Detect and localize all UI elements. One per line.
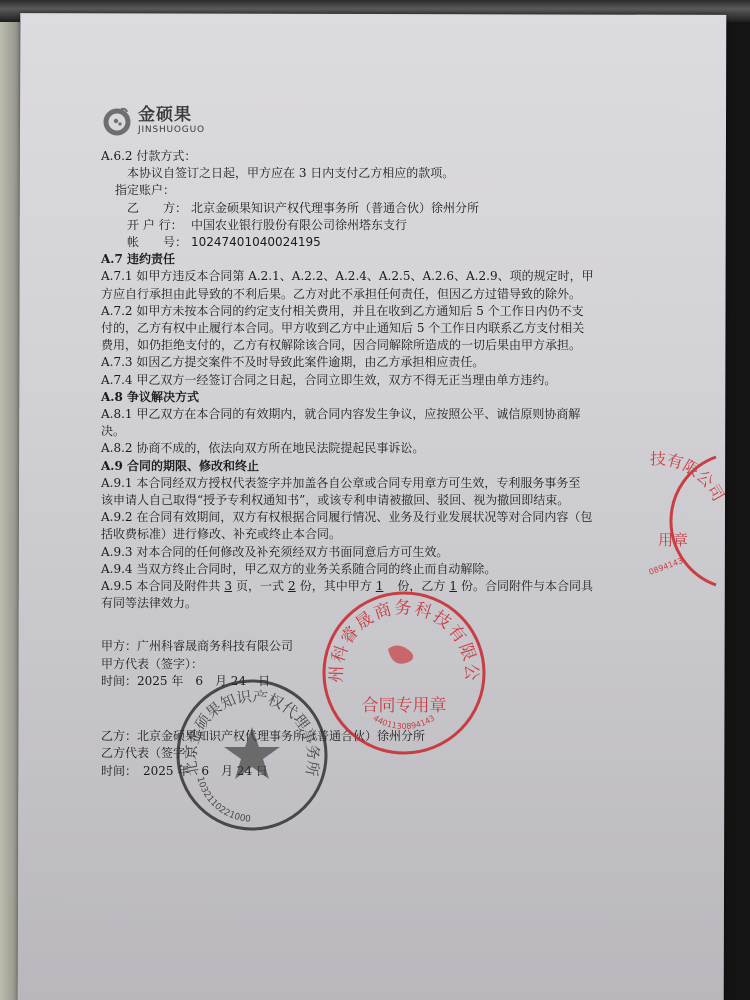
clause-line: A.7.4 甲乙双方一经签订合同之日起，合同立即生效，双方不得无正当理由单方违约…: [101, 372, 641, 389]
party-b-date: 时间： 2025 年 6 月 24 日: [101, 763, 641, 780]
a95-text: 页，一式: [236, 579, 284, 593]
account-payee: 乙 方：北京金硕果知识产权代理事务所（普通合伙）徐州分所: [101, 200, 641, 217]
party-a-copy-count: 1: [372, 579, 398, 593]
company-logo: 金硕果 JINSHUOGUO: [103, 103, 205, 139]
contract-body: A.6.2 付款方式： 本协议自签订之日起，甲方应在 3 日内支付乙方相应的款项…: [101, 148, 641, 780]
account-number: 帐 号：10247401040024195: [101, 234, 641, 251]
logo-name-cn: 金硕果: [138, 107, 205, 124]
account-payee-value: 北京金硕果知识产权代理事务所（普通合伙）徐州分所: [191, 201, 479, 215]
page-count: 3: [220, 579, 236, 593]
account-bank-value: 中国农业银行股份有限公司徐州塔东支行: [191, 218, 407, 232]
account-heading: 指定账户：: [101, 182, 641, 199]
clause-line: 该申请人自己取得“授予专利权通知书”，或该专利申请被撤回、驳回、视为撤回即结束。: [101, 492, 641, 509]
clause-line: A.9.3 对本合同的任何修改及补充须经双方书面同意后方可生效。: [101, 544, 641, 561]
fruit-logo-icon: [103, 106, 133, 136]
clause-line: A.7.3 如因乙方提交案件不及时导致此案件逾期，由乙方承担相应责任。: [101, 354, 641, 371]
clause-line: A.9.4 当双方终止合同时，甲乙双方的业务关系随合同的终止而自动解除。: [101, 561, 641, 578]
account-number-label: 帐 号：: [127, 234, 191, 251]
clause-line: 决。: [101, 423, 641, 440]
party-a-date: 时间：2025 年 6 月 24 日: [101, 673, 641, 690]
account-bank: 开 户 行：中国农业银行股份有限公司徐州塔东支行: [101, 217, 641, 234]
account-number-value: 10247401040024195: [191, 235, 321, 249]
clause-line: A.9.2 在合同有效期间，双方有权根据合同履行情况、业务及行业发展状况等对合同…: [101, 509, 641, 526]
a95-text: 份。合同附件与本合同具: [461, 579, 593, 593]
clause-line: A.7.1 如甲方违反本合同第 A.2.1、A.2.2、A.2.4、A.2.5、…: [101, 268, 641, 285]
clause-line: 有同等法律效力。: [101, 595, 641, 612]
section-a62-heading: A.6.2 付款方式：: [101, 148, 641, 165]
party-b-rep-signature: 乙方代表（签字）：: [101, 745, 641, 762]
logo-name-en: JINSHUOGUO: [138, 126, 205, 135]
copy-count: 2: [284, 579, 300, 593]
section-a7-heading: A.7 违约责任: [101, 251, 641, 268]
payment-terms: 本协议自签订之日起，甲方应在 3 日内支付乙方相应的款项。: [101, 165, 641, 182]
background-left-edge: [0, 0, 20, 1000]
clause-line: A.7.2 如甲方未按本合同的约定支付相关费用，并且在收到乙方通知后 5 个工作…: [101, 303, 641, 320]
a95-text: 份，乙方: [397, 579, 445, 593]
section-a9-heading: A.9 合同的期限、修改和终止: [101, 458, 641, 475]
account-bank-label: 开 户 行：: [127, 217, 191, 234]
clause-line: 方应自行承担由此导致的不利后果。乙方对此不承担任何责任，但因乙方过错导致的除外。: [101, 286, 641, 303]
party-a-name: 甲方：广州科睿晟商务科技有限公司: [101, 638, 641, 655]
clause-line: A.9.1 本合同经双方授权代表签字并加盖各自公章或合同专用章方可生效，专利服务…: [101, 475, 641, 492]
clause-line: A.8.2 协商不成的，依法向双方所在地民法院提起民事诉讼。: [101, 440, 641, 457]
a95-prefix: A.9.5 本合同及附件共: [101, 579, 220, 593]
clause-a95: A.9.5 本合同及附件共3页，一式2份，其中甲方1份，乙方1份。合同附件与本合…: [101, 578, 641, 595]
clause-line: 括收费标准）进行修改、补充或终止本合同。: [101, 526, 641, 543]
a95-text: 份，其中甲方: [300, 579, 372, 593]
clause-line: A.8.1 甲乙双方在本合同的有效期内，就合同内容发生争议，应按照公平、诚信原则…: [101, 406, 641, 423]
account-payee-label: 乙 方：: [127, 200, 191, 217]
party-b-copy-count: 1: [445, 579, 461, 593]
clause-line: 付的，乙方有权中止履行本合同。甲方收到乙方中止通知后 5 个工作日内联系乙方支付…: [101, 320, 641, 337]
party-b-name: 乙方：北京金硕果知识产权代理事务所（普通合伙）徐州分所: [101, 728, 641, 745]
party-a-rep-signature: 甲方代表（签字）：: [101, 656, 641, 673]
section-a8-heading: A.8 争议解决方式: [101, 389, 641, 406]
clause-line: 费用，如仍拒绝支付的，乙方有权解除该合同，因合同解除所造成的一切后果由甲方承担。: [101, 337, 641, 354]
